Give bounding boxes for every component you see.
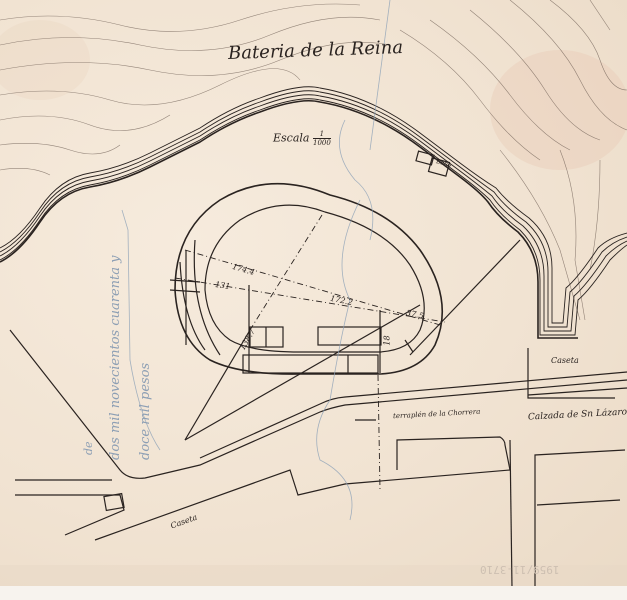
pencil-note-2: doce mil pesos <box>138 363 153 460</box>
fortification <box>170 184 442 374</box>
caseta-label: Caseta <box>551 356 579 365</box>
scale-fraction: 1 1000 <box>313 130 331 147</box>
dimension-label: 131 <box>214 280 230 291</box>
pencil-note-3: de <box>82 441 95 455</box>
paper-edge <box>0 586 627 600</box>
scale-label: Escala 1 1000 <box>273 130 331 147</box>
pencil-marks <box>122 0 390 520</box>
map-drawing <box>0 0 627 600</box>
scale-word: Escala <box>273 132 309 145</box>
historical-map: Bateria de la Reina Escala 1 1000 Baño 1… <box>0 0 627 600</box>
dimension-label: 18 <box>383 335 392 345</box>
archive-stamp: 1959/11-3710 <box>480 563 559 576</box>
pencil-note-1: dos mil novecientos cuarenta y <box>108 256 123 460</box>
